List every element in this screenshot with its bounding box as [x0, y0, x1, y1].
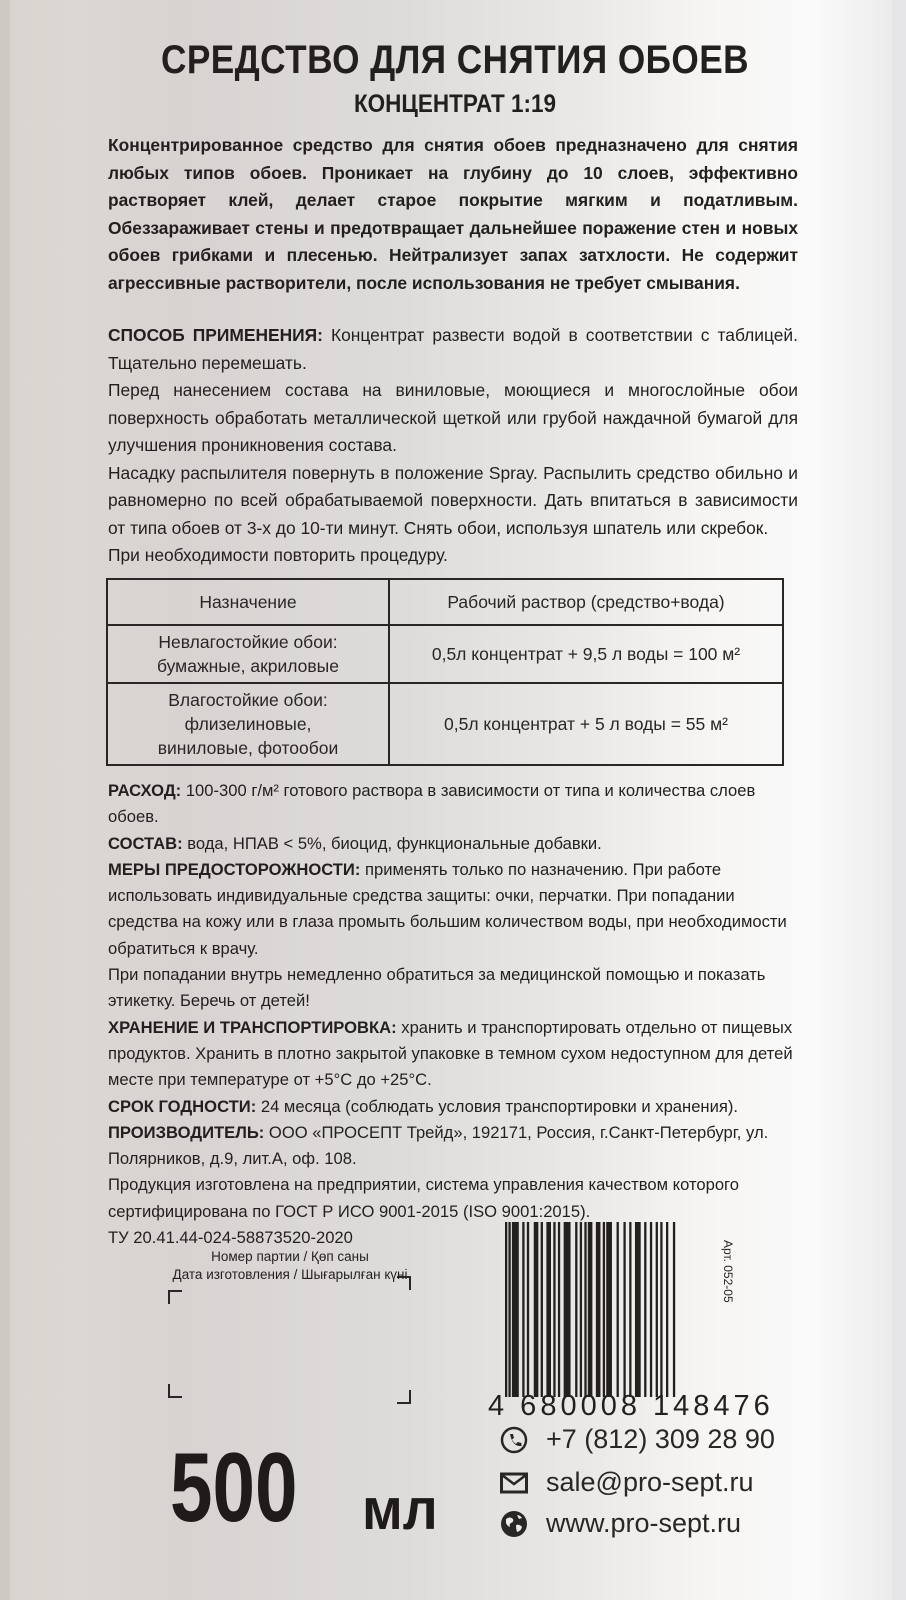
table-cell-solution: 0,5л концентрат + 5 л воды = 55 м² — [389, 683, 783, 765]
intro-text: Концентрированное средство для снятия об… — [108, 132, 798, 297]
stamp-corner-mark — [168, 1384, 182, 1398]
consumption: РАСХОД: 100-300 г/м² готового раствора в… — [108, 778, 798, 831]
purpose-line: Невлагостойкие обои: — [114, 630, 382, 654]
table-row: Влагостойкие обои: флизелиновые, винилов… — [107, 683, 783, 765]
globe-icon — [500, 1510, 528, 1538]
manufacturer: ПРОИЗВОДИТЕЛЬ: ООО «ПРОСЕПТ Трейд», 1921… — [108, 1120, 798, 1173]
bottle-edge-right — [892, 0, 906, 1600]
dilution-table: Назначение Рабочий раствор (средство+вод… — [106, 578, 784, 766]
composition-text: вода, НПАВ < 5%, биоцид, функциональные … — [183, 834, 602, 853]
table-header-solution: Рабочий раствор (средство+вода) — [389, 579, 783, 625]
table-header-purpose: Назначение — [107, 579, 389, 625]
article-number: Арт. 052-05 — [721, 1240, 735, 1303]
phone-icon — [500, 1426, 528, 1454]
storage: ХРАНЕНИЕ И ТРАНСПОРТИРОВКА: хранить и тр… — [108, 1015, 798, 1094]
composition: СОСТАВ: вода, НПАВ < 5%, биоцид, функцио… — [108, 831, 798, 857]
volume-unit: мл — [362, 1476, 438, 1543]
composition-label: СОСТАВ: — [108, 834, 183, 853]
manufacturer-label: ПРОИЗВОДИТЕЛЬ: — [108, 1123, 264, 1142]
precautions: МЕРЫ ПРЕДОСТОРОЖНОСТИ: применять только … — [108, 857, 798, 962]
certification: Продукция изготовлена на предприятии, си… — [108, 1172, 798, 1225]
consumption-text: 100-300 г/м² готового раствора в зависим… — [108, 781, 755, 826]
precautions-label: МЕРЫ ПРЕДОСТОРОЖНОСТИ: — [108, 860, 360, 879]
shelf-life-text: 24 месяца (соблюдать условия транспортир… — [256, 1097, 738, 1116]
method-label: СПОСОБ ПРИМЕНЕНИЯ: — [108, 325, 323, 345]
bottle-edge-left — [0, 0, 10, 1600]
table-cell-purpose: Невлагостойкие обои: бумажные, акриловые — [107, 625, 389, 683]
method-step: При необходимости повторить процедуру. — [108, 542, 798, 570]
facts-section: РАСХОД: 100-300 г/м² готового раствора в… — [108, 778, 798, 1251]
batch-number-label: Номер партии / Қөп саны — [160, 1248, 420, 1266]
stamp-corner-mark — [397, 1276, 411, 1290]
contact-email: sale@pro-sept.ru — [500, 1467, 754, 1498]
purpose-line: бумажные, акриловые — [114, 654, 382, 678]
stamp-corner-mark — [168, 1290, 182, 1304]
barcode — [505, 1222, 751, 1397]
product-subtitle: КОНЦЕНТРАТ 1:19 — [145, 90, 766, 119]
purpose-line: флизелиновые, — [114, 712, 382, 736]
table-cell-solution: 0,5л концентрат + 9,5 л воды = 100 м² — [389, 625, 783, 683]
intro-section: Концентрированное средство для снятия об… — [108, 132, 798, 297]
product-title: СРЕДСТВО ДЛЯ СНЯТИЯ ОБОЕВ — [151, 38, 758, 83]
envelope-icon — [500, 1469, 528, 1497]
barcode-digits: 4 680008 148476 — [488, 1390, 748, 1423]
shelf-life: СРОК ГОДНОСТИ: 24 месяца (соблюдать усло… — [108, 1094, 798, 1120]
method-section: СПОСОБ ПРИМЕНЕНИЯ: Концентрат развести в… — [108, 322, 798, 570]
method-step: Перед нанесением состава на виниловые, м… — [108, 377, 798, 460]
contact-phone: +7 (812) 309 28 90 — [500, 1424, 775, 1455]
website-url: www.pro-sept.ru — [546, 1508, 741, 1539]
email-address: sale@pro-sept.ru — [546, 1467, 754, 1498]
stamp-corner-mark — [397, 1390, 411, 1404]
purpose-line: виниловые, фотообои — [114, 736, 382, 760]
table-cell-purpose: Влагостойкие обои: флизелиновые, винилов… — [107, 683, 389, 765]
storage-label: ХРАНЕНИЕ И ТРАНСПОРТИРОВКА: — [108, 1018, 397, 1037]
precautions-extra: При попадании внутрь немедленно обратить… — [108, 962, 798, 1015]
table-row: Невлагостойкие обои: бумажные, акриловые… — [107, 625, 783, 683]
method-paragraph: СПОСОБ ПРИМЕНЕНИЯ: Концентрат развести в… — [108, 322, 798, 377]
method-step: Насадку распылителя повернуть в положени… — [108, 460, 798, 543]
volume-number: 500 — [170, 1438, 298, 1536]
shelf-life-label: СРОК ГОДНОСТИ: — [108, 1097, 256, 1116]
manufacture-date-label: Дата изготовления / Шығарылған күні — [160, 1266, 420, 1284]
volume: 500 мл — [170, 1438, 334, 1536]
table-header-row: Назначение Рабочий раствор (средство+вод… — [107, 579, 783, 625]
contact-website: www.pro-sept.ru — [500, 1508, 741, 1539]
batch-info: Номер партии / Қөп саны Дата изготовлени… — [160, 1248, 420, 1284]
purpose-line: Влагостойкие обои: — [114, 688, 382, 712]
phone-number: +7 (812) 309 28 90 — [546, 1424, 775, 1455]
consumption-label: РАСХОД: — [108, 781, 181, 800]
